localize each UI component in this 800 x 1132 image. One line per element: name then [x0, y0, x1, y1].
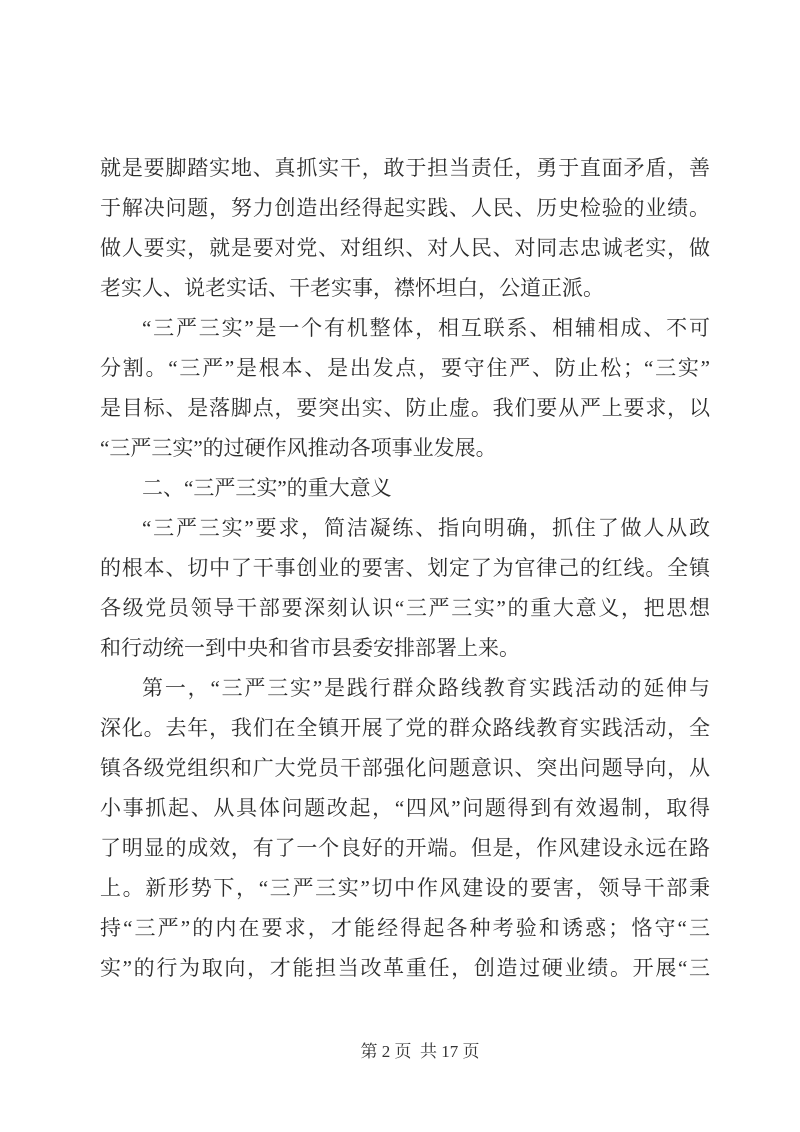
page-number-label: 第 2 页 共 17 页 — [361, 1042, 480, 1061]
paragraph: “三严三实”是一个有机整体，相互联系、相辅相成、不可分割。“三严”是根本、是出发… — [100, 308, 710, 468]
text-line: “三严三实”的过硬作风推动各项事业发展。 — [100, 428, 710, 468]
text-line: 了明显的成效，有了一个良好的开端。但是，作风建设永远在路 — [100, 828, 710, 868]
text-line: “三严三实”是一个有机整体，相互联系、相辅相成、不可 — [100, 308, 710, 348]
text-line: 于解决问题，努力创造出经得起实践、人民、历史检验的业绩。 — [100, 188, 710, 228]
text-line: 是目标、是落脚点，要突出实、防止虚。我们要从严上要求，以 — [100, 388, 710, 428]
page-footer: 第 2 页 共 17 页 — [40, 1040, 800, 1063]
text-line: 上。新形势下，“三严三实”切中作风建设的要害，领导干部秉 — [100, 868, 710, 908]
text-line: 和行动统一到中央和省市县委安排部署上来。 — [100, 628, 710, 668]
text-line: 二、“三严三实”的重大意义 — [100, 468, 710, 508]
document-page: 就是要脚踏实地、真抓实干，敢于担当责任，勇于直面矛盾，善于解决问题，努力创造出经… — [0, 0, 800, 1132]
text-line: “三严三实”要求，简洁凝练、指向明确，抓住了做人从政 — [100, 508, 710, 548]
text-line: 分割。“三严”是根本、是出发点，要守住严、防止松；“三实” — [100, 348, 710, 388]
text-line: 持“三严”的内在要求，才能经得起各种考验和诱惑；恪守“三 — [100, 908, 710, 948]
text-line: 就是要脚踏实地、真抓实干，敢于担当责任，勇于直面矛盾，善 — [100, 148, 710, 188]
text-line: 的根本、切中了干事创业的要害、划定了为官律己的红线。全镇 — [100, 548, 710, 588]
text-line: 深化。去年，我们在全镇开展了党的群众路线教育实践活动，全 — [100, 708, 710, 748]
text-line: 做人要实，就是要对党、对组织、对人民、对同志忠诚老实，做 — [100, 228, 710, 268]
paragraph: 第一，“三严三实”是践行群众路线教育实践活动的延伸与深化。去年，我们在全镇开展了… — [100, 668, 710, 988]
text-line: 老实人、说老实话、干老实事，襟怀坦白，公道正派。 — [100, 268, 710, 308]
section-heading: 二、“三严三实”的重大意义 — [100, 468, 710, 508]
text-line: 各级党员领导干部要深刻认识“三严三实”的重大意义，把思想 — [100, 588, 710, 628]
paragraph: “三严三实”要求，简洁凝练、指向明确，抓住了做人从政的根本、切中了干事创业的要害… — [100, 508, 710, 668]
text-line: 小事抓起、从具体问题改起，“四风”问题得到有效遏制，取得 — [100, 788, 710, 828]
paragraph: 就是要脚踏实地、真抓实干，敢于担当责任，勇于直面矛盾，善于解决问题，努力创造出经… — [100, 148, 710, 308]
text-line: 实”的行为取向，才能担当改革重任，创造过硬业绩。开展“三 — [100, 948, 710, 988]
document-content: 就是要脚踏实地、真抓实干，敢于担当责任，勇于直面矛盾，善于解决问题，努力创造出经… — [100, 148, 710, 988]
text-line: 镇各级党组织和广大党员干部强化问题意识、突出问题导向，从 — [100, 748, 710, 788]
text-line: 第一，“三严三实”是践行群众路线教育实践活动的延伸与 — [100, 668, 710, 708]
